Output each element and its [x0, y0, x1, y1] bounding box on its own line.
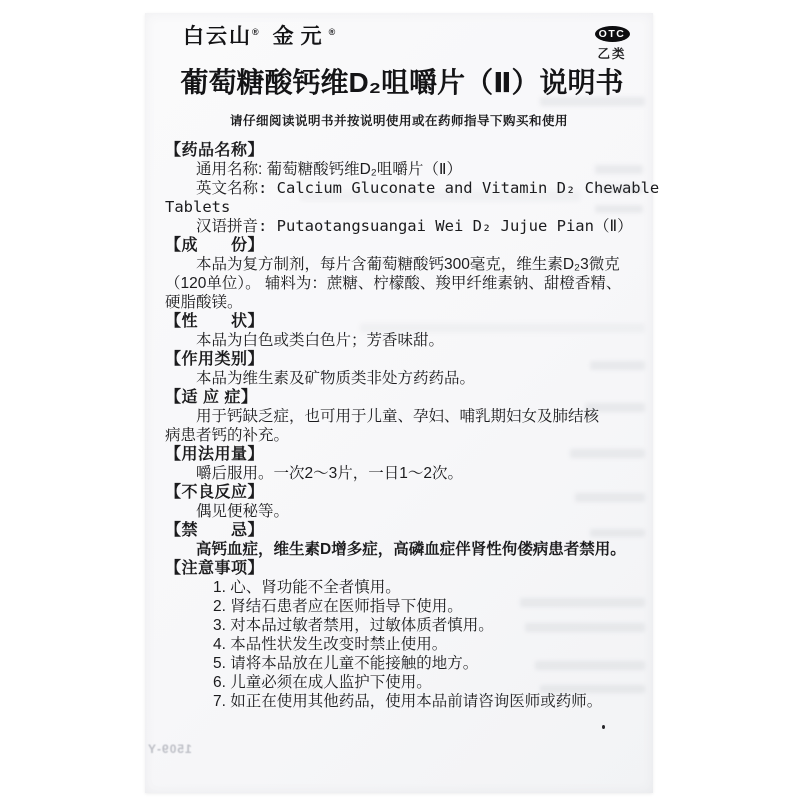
read-notice: 请仔细阅读说明书并按说明使用或在药师指导下购买和使用: [145, 111, 653, 129]
brand-subname: 金元: [273, 25, 329, 48]
section-heading: 【作用类别】: [165, 350, 647, 369]
body-line: 4. 本品性状发生改变时禁止使用。: [165, 635, 647, 654]
body-line: 高钙血症，维生素D增多症，高磷血症伴肾性佝偻病患者禁用。: [165, 540, 647, 559]
body-line: （120单位）。 辅料为：蔗糖、柠檬酸、羧甲纤维素钠、甜橙香精、: [165, 274, 647, 293]
leaflet-paper: 白云山®金元® OTC 乙类 葡萄糖酸钙维D₂咀嚼片（Ⅱ）说明书 请仔细阅读说明…: [145, 13, 653, 793]
otc-badge: OTC 乙类: [592, 26, 632, 62]
body-line: 硬脂酸镁。: [165, 293, 647, 312]
showthrough-batch-code: 1509-Y: [147, 742, 192, 756]
body-line: Tablets: [165, 198, 647, 217]
brand-name: 白云山: [183, 25, 252, 48]
registered-mark-icon: ®: [252, 27, 259, 37]
section-heading: 【性 状】: [165, 312, 647, 331]
body-line: 汉语拼音: Putaotangsuangai Wei D₂ Jujue Pian…: [165, 217, 647, 236]
section-heading: 【不良反应】: [165, 483, 647, 502]
body-line: 5. 请将本品放在儿童不能接触的地方。: [165, 654, 647, 673]
body-line: 本品为复方制剂，每片含葡萄糖酸钙300毫克，维生素D₂3微克: [165, 255, 647, 274]
section-heading: 【成 份】: [165, 236, 647, 255]
sections: 【药品名称】通用名称: 葡萄糖酸钙维D₂咀嚼片（Ⅱ）英文名称: Calcium …: [165, 141, 647, 711]
body-line: 偶见便秘等。: [165, 502, 647, 521]
body-line: 1. 心、肾功能不全者慎用。: [165, 578, 647, 597]
body-line: 3. 对本品过敏者禁用，过敏体质者慎用。: [165, 616, 647, 635]
body-line: 2. 肾结石患者应在医师指导下使用。: [165, 597, 647, 616]
brand-logo: 白云山®金元®: [183, 20, 335, 50]
body-line: 通用名称: 葡萄糖酸钙维D₂咀嚼片（Ⅱ）: [165, 160, 647, 179]
body-line: 6. 儿童必须在成人监护下使用。: [165, 673, 647, 692]
body-line: 本品为维生素及矿物质类非处方药药品。: [165, 369, 647, 388]
body-line: 本品为白色或类白色片；芳香味甜。: [165, 331, 647, 350]
leaflet-title: 葡萄糖酸钙维D₂咀嚼片（Ⅱ）说明书: [155, 61, 649, 101]
section-heading: 【适 应 症】: [165, 388, 647, 407]
ink-dot: [602, 725, 605, 729]
otc-class-label: 乙类: [592, 44, 632, 62]
section-heading: 【用法用量】: [165, 445, 647, 464]
section-heading: 【禁 忌】: [165, 521, 647, 540]
otc-oval-icon: OTC: [595, 26, 630, 42]
section-heading: 【注意事项】: [165, 559, 647, 578]
body-line: 英文名称: Calcium Gluconate and Vitamin D₂ C…: [165, 179, 647, 198]
body-line: 嚼后服用。一次2～3片，一日1～2次。: [165, 464, 647, 483]
section-heading: 【药品名称】: [165, 141, 647, 160]
registered-mark-icon: ®: [329, 27, 336, 37]
body-line: 7. 如正在使用其他药品，使用本品前请咨询医师或药师。: [165, 692, 647, 711]
body-line: 用于钙缺乏症，也可用于儿童、孕妇、哺乳期妇女及肺结核: [165, 407, 647, 426]
body-line: 病患者钙的补充。: [165, 426, 647, 445]
